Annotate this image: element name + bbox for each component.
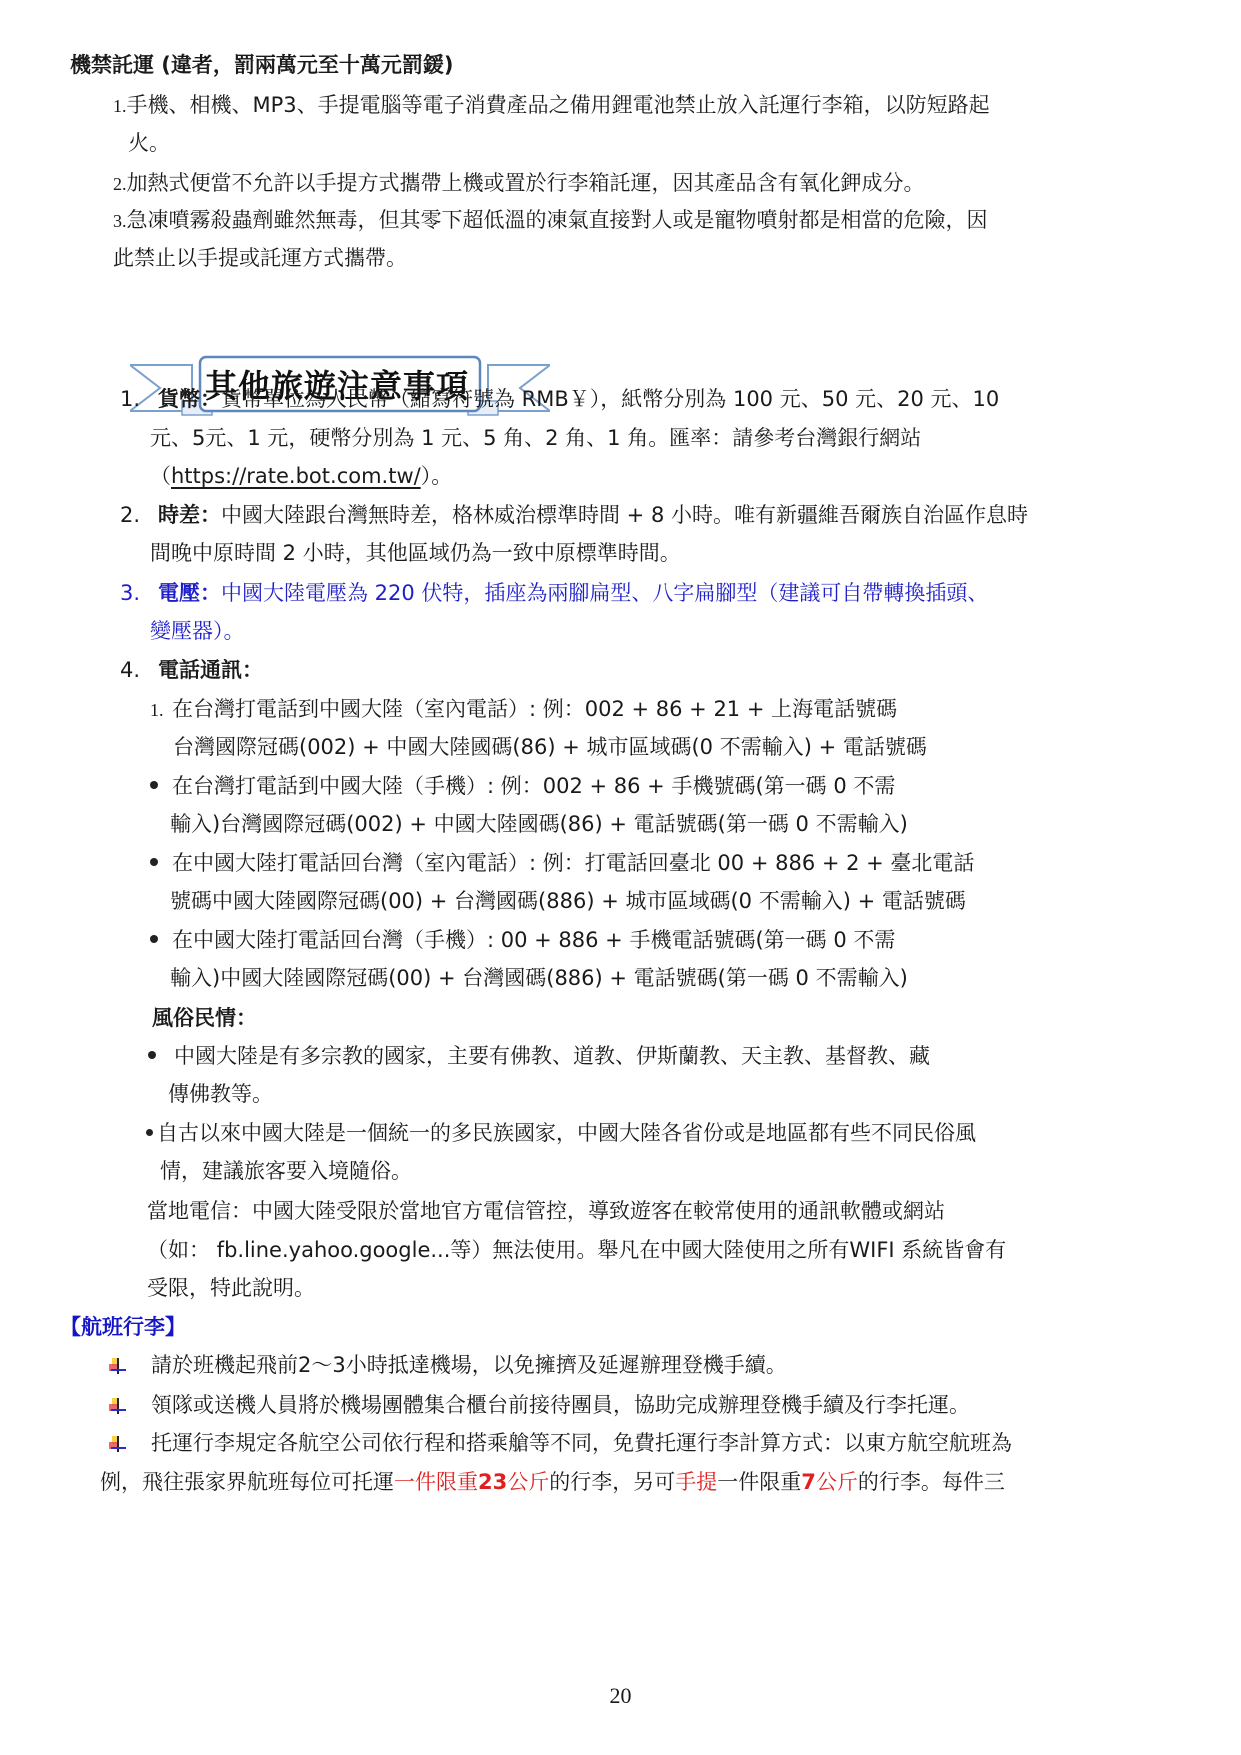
prohibited-item-2: 2.加熱式便當不允許以手提方式攜帶上機或置於行李箱託運，因其產品含有氧化鉀成分。 (113, 168, 925, 199)
flight-item-3-cont: 例，飛往張家界航班每位可托運一件限重23公斤的行李，另可手提一件限重7公斤的行李… (100, 1467, 1005, 1497)
page-number: 20 (0, 1683, 1241, 1709)
pushpin-bullet-icon (107, 1395, 129, 1417)
highlight-text: 公斤 (816, 1470, 858, 1494)
bank-rate-link[interactable]: https://rate.bot.com.tw/ (171, 464, 421, 488)
phone-item-1: 1.在台灣打電話到中國大陸（室內電話）: 例：002 + 86 + 21 + 上… (150, 694, 897, 725)
flight-heading: 【航班行李】 (60, 1312, 186, 1342)
bullet-icon (148, 1051, 156, 1059)
prohibited-item-1-cont: 火。 (128, 128, 170, 158)
customs-heading: 風俗民情： (152, 1003, 257, 1033)
note-label: 時差： (158, 503, 221, 527)
note-phone: 4.電話通訊： (120, 655, 263, 685)
bullet-icon (146, 1129, 153, 1136)
list-number: 1. (150, 695, 172, 725)
note-currency-cont: 元、5元、1 元，硬幣分別為 1 元、5 角、2 角、1 角。匯率：請參考台灣銀… (150, 423, 921, 453)
customs-item-2-cont: 情，建議旅客要入境隨俗。 (160, 1156, 412, 1186)
note-timezone-cont: 間晚中原時間 2 小時，其他區域仍為一致中原標準時間。 (150, 538, 681, 568)
prohibited-item-1: 1.手機、相機、MP3、手提電腦等電子消費產品之備用鋰電池禁止放入託運行李箱，以… (113, 90, 990, 121)
customs-item-2: 自古以來中國大陸是一個統一的多民族國家，中國大陸各省份或是地區都有些不同民俗風 (146, 1118, 976, 1148)
phone-item-1-cont: 台灣國際冠碼(002) + 中國大陸國碼(86) + 城市區域碼(0 不需輸入)… (173, 732, 927, 762)
list-number: 2. (113, 174, 127, 194)
note-voltage: 3.電壓：中國大陸電壓為 220 伏特，插座為兩腳扁型、八字扁腳型（建議可自帶轉… (120, 578, 988, 608)
prohibited-item-3: 3.急凍噴霧殺蟲劑雖然無毒，但其零下超低溫的凍氣直接對人或是寵物噴射都是相當的危… (113, 205, 988, 236)
bullet-icon (150, 935, 158, 943)
pushpin-bullet-icon (107, 1433, 129, 1455)
flight-item-2: 領隊或送機人員將於機場團體集合櫃台前接待團員，協助完成辦理登機手續及行李托運。 (107, 1390, 970, 1420)
telecom-line-3: 受限，特此說明。 (147, 1273, 315, 1303)
note-currency: 1.貨幣：貨幣單位為人民幣（縮寫符號為 RMB￥），紙幣分別為 100 元、50… (120, 384, 999, 414)
note-label: 貨幣： (158, 387, 221, 411)
highlight-text: 手提 (675, 1470, 717, 1494)
list-number: 3. (113, 211, 127, 231)
bullet-icon (150, 858, 158, 866)
highlight-text: 公斤 (507, 1470, 549, 1494)
customs-item-1: 中國大陸是有多宗教的國家，主要有佛教、道教、伊斯蘭教、天主教、基督教、藏 (148, 1041, 930, 1071)
phone-item-4-cont: 輸入)中國大陸國際冠碼(00) + 台灣國碼(886) + 電話號碼(第一碼 0… (170, 963, 908, 993)
phone-item-3-cont: 號碼中國大陸國際冠碼(00) + 台灣國碼(886) + 城市區域碼(0 不需輸… (170, 886, 966, 916)
flight-item-1: 請於班機起飛前2～3小時抵達機場，以免擁擠及延遲辦理登機手續。 (107, 1350, 787, 1380)
prohibited-heading: 機禁託運 (違者，罰兩萬元至十萬元罰鍰) (70, 50, 454, 80)
highlight-text: 7 (801, 1470, 816, 1494)
note-voltage-cont: 變壓器）。 (150, 616, 245, 646)
highlight-text: 一件限重 (394, 1470, 478, 1494)
prohibited-item-3-cont: 此禁止以手提或託運方式攜帶。 (113, 243, 407, 273)
list-number: 1. (113, 96, 127, 116)
phone-item-2: 在台灣打電話到中國大陸（手機）: 例：002 + 86 + 手機號碼(第一碼 0… (150, 771, 895, 801)
telecom-line-1: 當地電信：中國大陸受限於當地官方電信管控，導致遊客在較常使用的通訊軟體或網站 (147, 1196, 945, 1226)
phone-item-3: 在中國大陸打電話回台灣（室內電話）: 例：打電話回臺北 00 + 886 + 2… (150, 848, 974, 878)
highlight-text: 23 (478, 1470, 507, 1494)
note-label: 電壓： (158, 581, 221, 605)
note-label: 電話通訊： (158, 658, 263, 682)
customs-item-1-cont: 傳佛教等。 (168, 1079, 273, 1109)
phone-item-4: 在中國大陸打電話回台灣（手機）: 00 + 886 + 手機電話號碼(第一碼 0… (150, 925, 895, 955)
pushpin-bullet-icon (107, 1355, 129, 1377)
telecom-line-2: （如： fb.line.yahoo.google...等）無法使用。舉凡在中國大… (147, 1235, 1006, 1265)
note-timezone: 2.時差：中國大陸跟台灣無時差，格林威治標準時間 + 8 小時。唯有新疆維吾爾族… (120, 500, 1028, 530)
bullet-icon (150, 781, 158, 789)
flight-item-3: 托運行李規定各航空公司依行程和搭乘艙等不同，免費托運行李計算方式：以東方航空航班… (107, 1428, 1012, 1458)
note-currency-link-line: （https://rate.bot.com.tw/）。 (150, 461, 452, 491)
phone-item-2-cont: 輸入)台灣國際冠碼(002) + 中國大陸國碼(86) + 電話號碼(第一碼 0… (170, 809, 908, 839)
